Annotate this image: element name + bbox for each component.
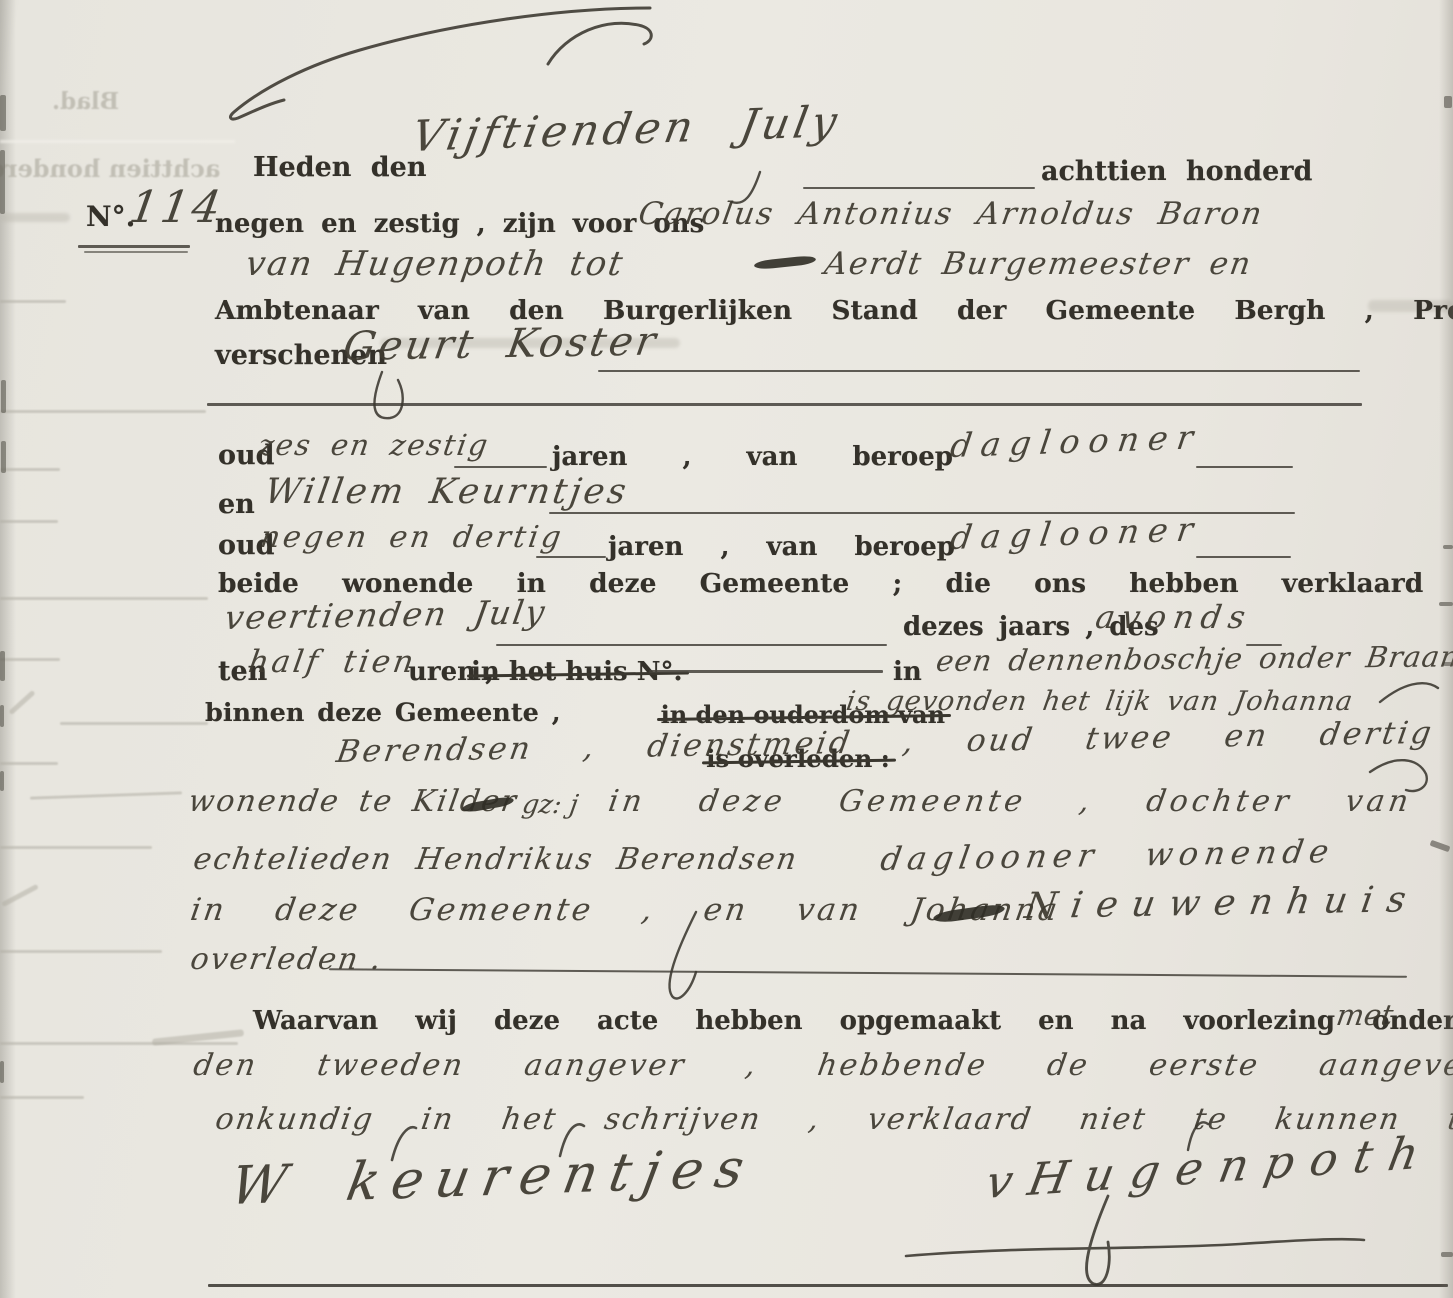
ghost-rule	[0, 1096, 84, 1099]
acte-number-value: 114	[126, 182, 227, 233]
hand-body-line-5a: in deze Gemeente , en van Johanna	[188, 892, 1063, 928]
fill-line	[1196, 556, 1291, 558]
printed-binnen-deze-gemeente: binnen deze Gemeente ,	[205, 698, 561, 728]
signature-descender-loop	[1086, 1196, 1109, 1284]
hand-body-line-6: overleden .	[188, 942, 385, 977]
hand-body-line-4b: daglooner wonende	[878, 832, 1337, 878]
ghost-rule	[60, 722, 208, 725]
fill-line	[496, 644, 887, 646]
binding-mark	[1, 441, 6, 473]
ghost-rule	[0, 410, 206, 413]
ghost-squiggle	[8, 690, 35, 715]
top-flourish	[231, 8, 650, 119]
hand-death-date: veertienden July	[222, 592, 549, 637]
hand-date-day: Vijftienden July	[408, 97, 845, 162]
hand-declarant-2: Willem Keurntjes	[262, 472, 632, 512]
hand-age-2: negen en dertig	[258, 520, 566, 555]
ghost-rule	[0, 468, 60, 471]
hand-declarant-1: Geurt Koster	[340, 319, 662, 370]
ghost-squiggle	[1, 884, 39, 907]
signature-declarant: W keurentjes	[226, 1138, 760, 1217]
paper-crease	[0, 140, 235, 143]
fill-line	[803, 187, 1035, 189]
signature-official: vHugenpoth	[982, 1125, 1439, 1209]
hand-body-line-5b: Nieuwenhuis	[1022, 879, 1423, 927]
hand-body-line-3b: gz: j	[520, 790, 580, 820]
printed-negen-en-zestig: negen en zestig , zijn voor ons	[215, 209, 704, 239]
printed-jaren-van-beroep-1: jaren , van beroep	[552, 442, 953, 472]
ghost-text-achttien: achttien honderd	[0, 154, 220, 183]
binding-mark	[1, 380, 6, 413]
hand-place-found: een dennenboschje onder Braamt ,	[934, 639, 1453, 678]
printed-en: en	[218, 489, 255, 520]
strike-extension-line	[649, 670, 883, 673]
binding-mark	[0, 150, 5, 214]
top-flourish-loop	[548, 23, 651, 64]
binding-mark	[0, 771, 4, 791]
fill-line	[454, 466, 547, 468]
hand-official-name-3: Aerdt Burgemeester en	[822, 246, 1255, 282]
ghost-rule	[0, 300, 66, 303]
hand-body-line-3c: in deze Gemeente , dochter van de	[606, 784, 1453, 819]
fill-line	[1196, 466, 1293, 468]
hand-body-line-4a: echtelieden Hendrikus Berendsen	[191, 842, 801, 877]
printed-in: in	[893, 657, 922, 687]
ghost-rule	[0, 950, 162, 953]
section-rule	[207, 403, 1362, 406]
ghost-rule	[0, 658, 60, 661]
fill-line	[536, 556, 606, 558]
ghost-bar	[0, 213, 70, 222]
binding-mark	[0, 95, 6, 131]
binding-mark	[0, 651, 5, 681]
printed-ambtenaar-line: Ambtenaar van den Burgerlijken Stand der…	[215, 295, 1453, 326]
hand-hour: half tien	[246, 644, 419, 680]
edge-speck	[1443, 545, 1453, 549]
hand-closing-3: onkundig in het schrijven , verklaard ni…	[213, 1102, 1453, 1137]
signature-underline-swash	[906, 1239, 1364, 1256]
hand-closing-1: met	[1334, 998, 1396, 1032]
ghost-rule	[0, 762, 58, 765]
ghost-rule	[30, 791, 182, 799]
ghost-rule	[0, 520, 58, 523]
fill-line	[598, 370, 1360, 372]
printed-heden-den: Heden den	[253, 152, 426, 183]
hand-body-line-3a: wonende te Kilder	[186, 784, 520, 819]
pen-dash	[754, 255, 817, 270]
ghost-rule	[0, 846, 152, 849]
hand-official-name-2: van Hugenpoth tot	[243, 244, 627, 284]
line-tail-1	[1380, 683, 1438, 702]
edge-speck	[1441, 1252, 1453, 1257]
acte-number-underline-2	[84, 251, 188, 253]
printed-waarvan-line: Waarvan wij deze acte hebben opgemaakt e…	[253, 1006, 1453, 1036]
binding-mark	[0, 1061, 4, 1083]
edge-speck	[1444, 96, 1452, 108]
hand-closing-2: den tweeden aangever , hebbende de eerst…	[191, 1048, 1453, 1083]
hand-official-name-1: Carolus Antonius Arnoldus Baron	[636, 196, 1266, 232]
binding-mark	[0, 705, 4, 727]
ghost-rule	[0, 597, 208, 600]
hand-des-part: avonds	[1093, 598, 1255, 636]
ghost-text-blad: Blad.	[52, 88, 119, 115]
death-record-scan: Blad. achttien honderd N°. 114 Heden den…	[0, 0, 1453, 1298]
hand-body-line-1: is gevonden het lijk van Johanna	[844, 686, 1356, 717]
fill-line-long	[329, 968, 1407, 978]
bottom-rule	[208, 1284, 1448, 1287]
printed-jaren-van-beroep-2: jaren , van beroep	[608, 532, 955, 562]
acte-number-underline	[78, 245, 190, 248]
edge-speck	[1430, 840, 1451, 852]
hand-age-1: zes en zestig	[256, 428, 492, 462]
koster-descender	[374, 372, 402, 418]
hand-beroep-1: daglooner	[948, 417, 1205, 465]
printed-achttien-honderd: achttien honderd	[1041, 156, 1312, 187]
ghost-rule	[0, 1042, 238, 1045]
hand-beroep-2: daglooner	[948, 509, 1205, 557]
edge-speck	[1439, 602, 1453, 606]
